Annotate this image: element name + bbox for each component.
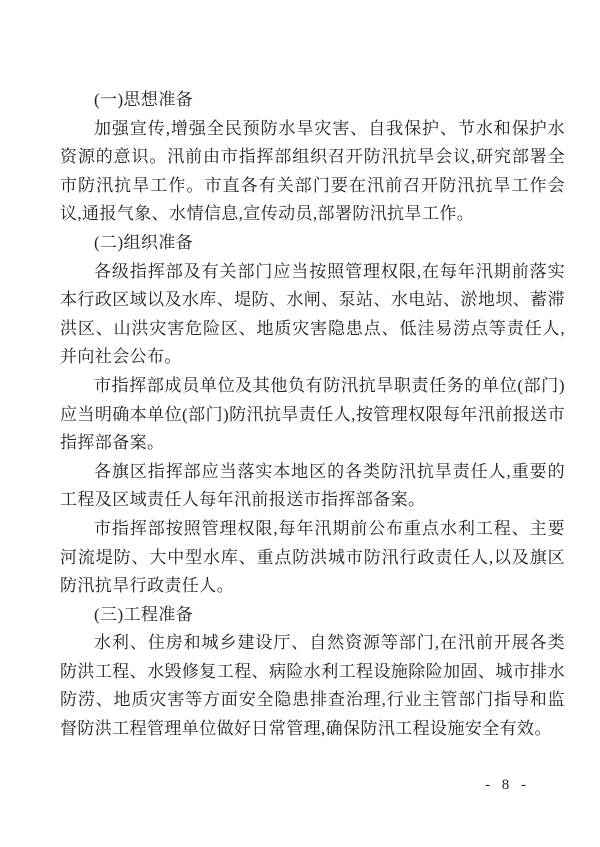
document-body: (一)思想准备 加强宣传,增强全民预防水旱灾害、自我保护、节水和保护水资源的意识… (60, 86, 565, 744)
body-paragraph: 加强宣传,增强全民预防水旱灾害、自我保护、节水和保护水资源的意识。汛前由市指挥部… (60, 115, 565, 229)
section-heading-1: (一)思想准备 (60, 86, 565, 115)
page-number: - 8 - (485, 777, 530, 794)
body-paragraph: 市指挥部按照管理权限,每年汛期前公布重点水利工程、主要河流堤防、大中型水库、重点… (60, 515, 565, 601)
body-paragraph: 水利、住房和城乡建设厅、自然资源等部门,在汛前开展各类防洪工程、水毁修复工程、病… (60, 629, 565, 743)
section-heading-2: (二)组织准备 (60, 229, 565, 258)
document-page: (一)思想准备 加强宣传,增强全民预防水旱灾害、自我保护、节水和保护水资源的意识… (0, 0, 600, 847)
body-paragraph: 市指挥部成员单位及其他负有防汛抗旱职责任务的单位(部门)应当明确本单位(部门)防… (60, 372, 565, 458)
body-paragraph: 各级指挥部及有关部门应当按照管理权限,在每年汛期前落实本行政区域以及水库、堤防、… (60, 258, 565, 372)
section-heading-3: (三)工程准备 (60, 601, 565, 630)
body-paragraph: 各旗区指挥部应当落实本地区的各类防汛抗旱责任人,重要的工程及区域责任人每年汛前报… (60, 458, 565, 515)
